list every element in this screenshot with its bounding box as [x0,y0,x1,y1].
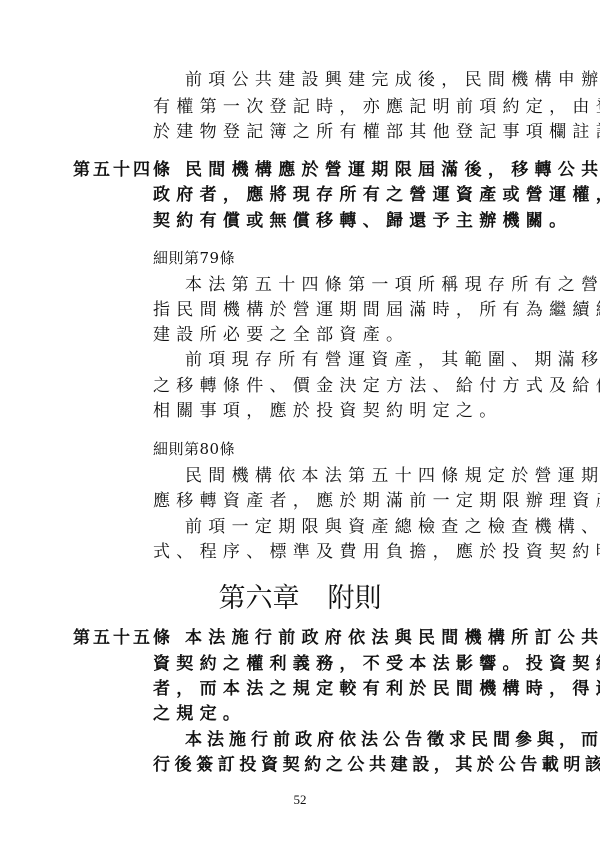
article-number: 第五十四條 [73,160,173,180]
rule-label: 細則第79條 [153,249,235,267]
paragraph-line: 民間機構依本法第五十四條規定於營運期限屆滿 [185,466,600,486]
paragraph-line: 之移轉條件、價金決定方法、給付方式及給付時間等 [153,376,600,396]
paragraph-line: 指民間機構於營運期間屆滿時，所有為繼續經營公共 [153,300,600,320]
chapter-title: 附則 [328,583,382,614]
article-line: 之規定。 [153,704,246,724]
article-line: 契約有償或無償移轉、歸還予主辦機關。 [153,211,572,231]
article-line: 資契約之權利義務，不受本法影響。投資契約未規定 [153,654,600,674]
article-number: 第五十五條 [73,628,173,648]
article-line: 行後簽訂投資契約之公共建設，其於公告載明該建設適用 [153,755,600,775]
paragraph-line: 有權第一次登記時，亦應記明前項約定，由登記機關 [153,97,600,117]
paragraph-line: 相關事項，應於投資契約明定之。 [153,401,503,421]
paragraph-line: 前項公共建設興建完成後，民間機構申辦建物所 [185,70,600,90]
article-line: 本法施行前政府依法公告徵求民間參與，而於本法施 [185,730,600,750]
paragraph-line: 本法第五十四條第一項所稱現存所有之營運資產， [185,275,600,295]
paragraph-line: 式、程序、標準及費用負擔，應於投資契約明定之。 [153,542,600,562]
article-line: 者，而本法之規定較有利於民間機構時，得適用本法 [153,679,600,699]
paragraph-line: 前項現存所有營運資產，其範圍、期滿移轉有關 [185,350,600,370]
paragraph-line: 建設所必要之全部資產。 [153,325,409,345]
article-line: 本法施行前政府依法與民間機構所訂公共建設投 [185,628,600,648]
paragraph-line: 於建物登記簿之所有權部其他登記事項欄註記。 [153,122,600,142]
rule-label: 細則第80條 [153,440,235,458]
article-line: 民間機構應於營運期限屆滿後，移轉公共建設予 [185,160,600,180]
article-line: 政府者，應將現存所有之營運資產或營運權，依投資 [153,185,600,205]
chapter-heading: 第六章附則 [0,582,600,616]
chapter-number: 第六章 [219,583,300,614]
paragraph-line: 應移轉資產者，應於期滿前一定期限辦理資產總檢查。 [153,491,600,511]
page-number: 52 [0,792,600,808]
paragraph-line: 前項一定期限與資產總檢查之檢查機構、檢查方 [185,517,600,537]
